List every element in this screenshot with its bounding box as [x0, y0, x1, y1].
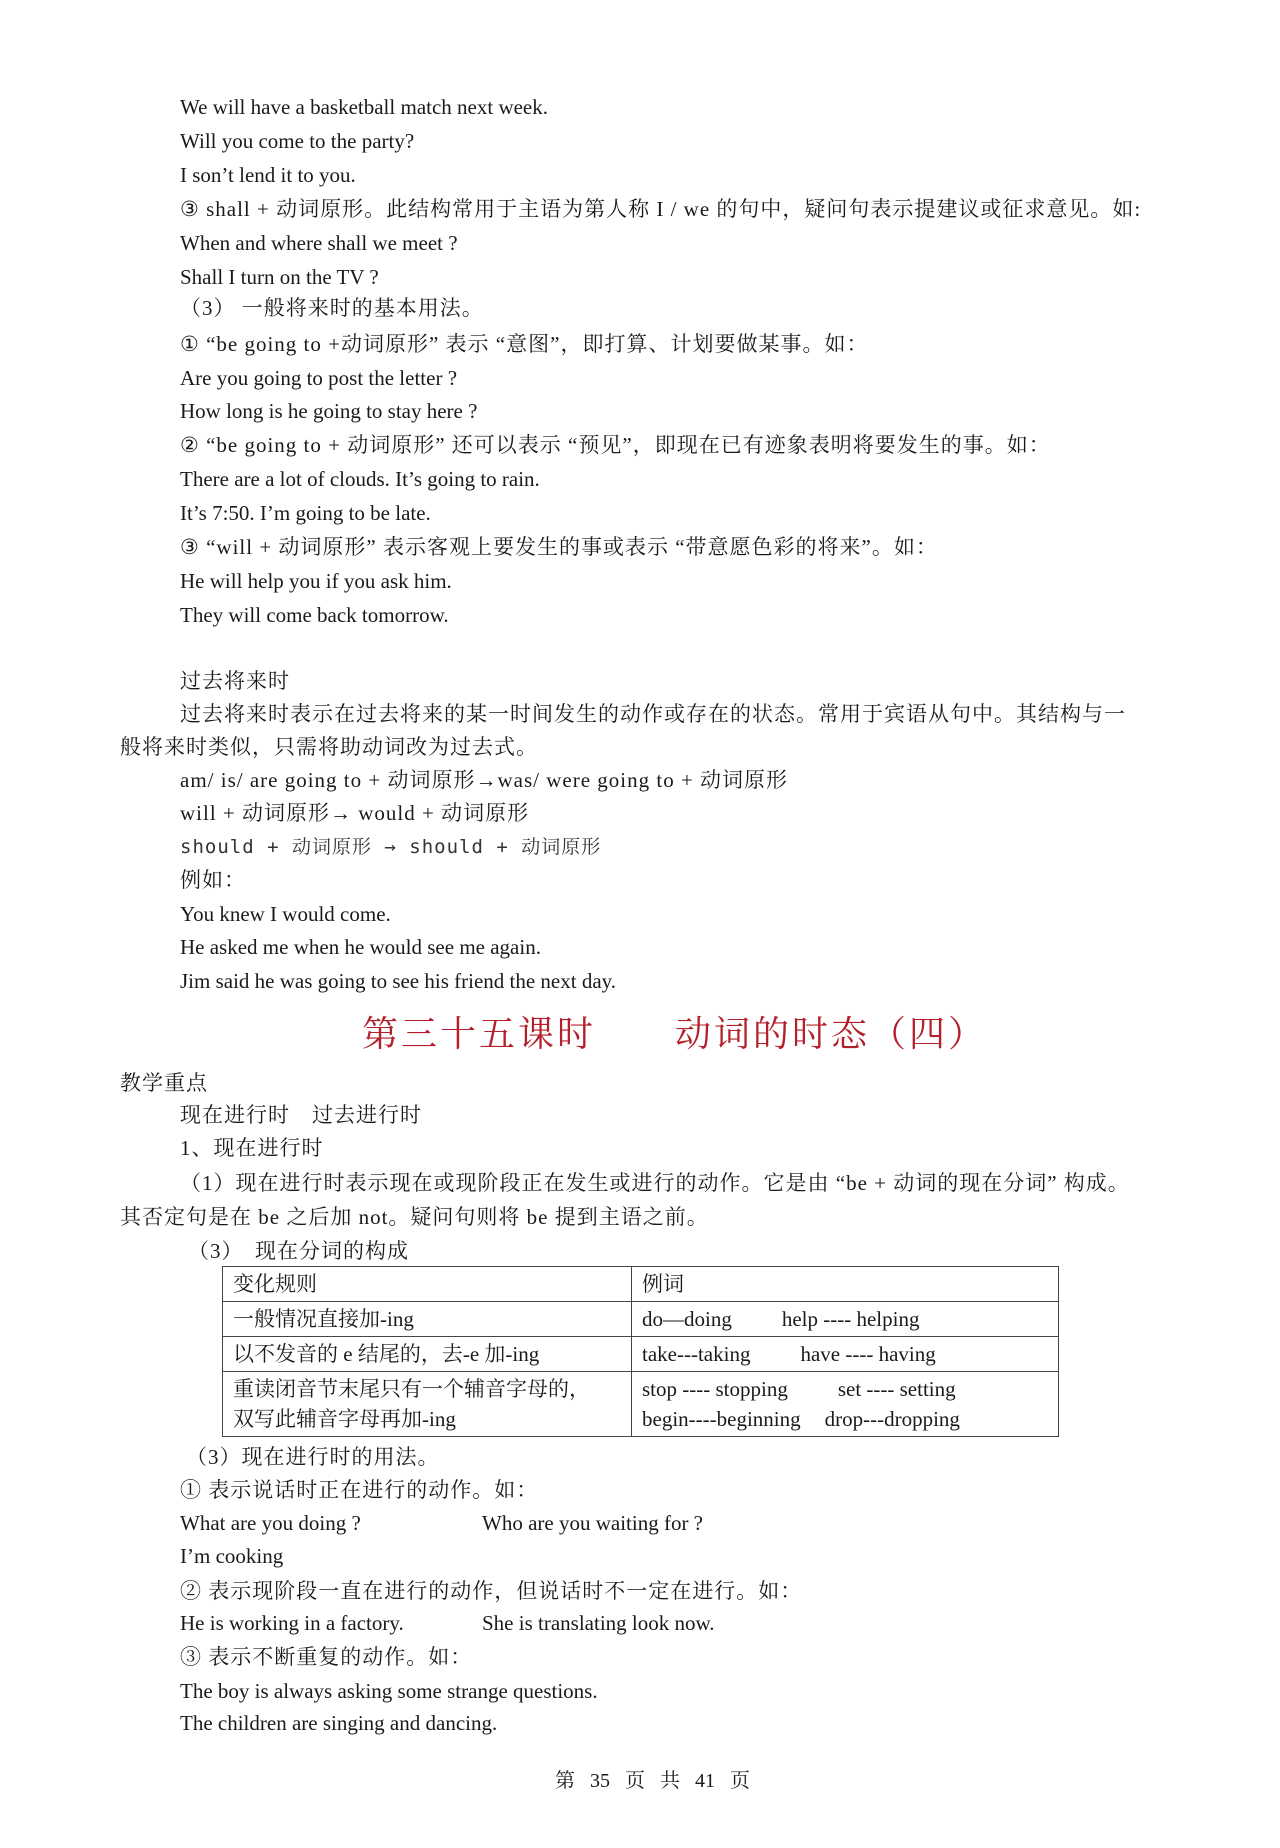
- rule-text: ② “be going to + 动词原形” 还可以表示 “预见”，即现在已有迹…: [180, 431, 1051, 459]
- rule-text: ① 表示说话时正在进行的动作。如：: [180, 1476, 538, 1504]
- section-heading: （3） 现在分词的构成: [188, 1237, 409, 1265]
- example-sentence: When and where shall we meet ?: [180, 229, 458, 257]
- example-word: set ---- setting: [838, 1377, 956, 1401]
- lesson-title-number: 第三十五课时: [362, 1013, 596, 1057]
- example-sentence: We will have a basketball match next wee…: [180, 93, 548, 121]
- section-heading: 过去将来时: [180, 667, 290, 695]
- example-sentence: Shall I turn on the TV ?: [180, 263, 379, 291]
- focus-label: 教学重点: [120, 1069, 208, 1097]
- table-row: 重读闭音节末尾只有一个辅音字母的，双写此辅音字母再加-ing stop ----…: [223, 1372, 1059, 1437]
- example-sentence: They will come back tomorrow.: [180, 601, 449, 629]
- rule-text: ③ “will + 动词原形” 表示客观上要发生的事或表示 “带意愿色彩的将来”…: [180, 533, 938, 561]
- table-cell-rule: 重读闭音节末尾只有一个辅音字母的，双写此辅音字母再加-ing: [223, 1372, 632, 1437]
- table-row: 以不发音的 e 结尾的，去-e 加-ing take---takinghave …: [223, 1337, 1059, 1372]
- example-sentence: The children are singing and dancing.: [180, 1709, 497, 1737]
- example-sentence: He asked me when he would see me again.: [180, 933, 541, 961]
- example-word: drop---dropping: [825, 1407, 960, 1431]
- example-word: stop ---- stopping: [642, 1377, 788, 1401]
- example-sentence: He will help you if you ask him.: [180, 567, 452, 595]
- paragraph-line: 其否定句是在 be 之后加 not。疑问句则将 be 提到主语之前。: [120, 1203, 709, 1231]
- table-header: 例词: [632, 1267, 1059, 1302]
- example-sentence: There are a lot of clouds. It’s going to…: [180, 465, 540, 493]
- example-word: help ---- helping: [782, 1307, 920, 1331]
- example-sentence: What are you doing ?: [180, 1509, 361, 1537]
- table-cell-example: stop ---- stoppingset ---- setting begin…: [632, 1372, 1059, 1437]
- example-sentence: I son’t lend it to you.: [180, 161, 356, 189]
- example-sentence: How long is he going to stay here ?: [180, 397, 477, 425]
- example-sentence: She is translating look now.: [482, 1609, 715, 1637]
- rule-text: ① “be going to +动词原形” 表示 “意图”，即打算、计划要做某事…: [180, 330, 868, 358]
- example-sentence: Will you come to the party?: [180, 127, 414, 155]
- example-label: 例如：: [180, 866, 246, 894]
- participle-rules-table: 变化规则 例词 一般情况直接加-ing do—doinghelp ---- he…: [222, 1266, 1059, 1437]
- rule-line: 双写此辅音字母再加-ing: [233, 1404, 621, 1434]
- paragraph-line: 过去将来时表示在过去将来的某一时间发生的动作或存在的状态。常用于宾语从句中。其结…: [180, 700, 1126, 728]
- table-header-row: 变化规则 例词: [223, 1267, 1059, 1302]
- rule-text: ③ 表示不断重复的动作。如：: [180, 1643, 472, 1671]
- example-sentence: Are you going to post the letter ?: [180, 364, 457, 392]
- table-cell-example: take---takinghave ---- having: [632, 1337, 1059, 1372]
- rule-line: 重读闭音节末尾只有一个辅音字母的，: [233, 1374, 621, 1404]
- example-sentence: You knew I would come.: [180, 900, 391, 928]
- table-header: 变化规则: [223, 1267, 632, 1302]
- table-row: 一般情况直接加-ing do—doinghelp ---- helping: [223, 1302, 1059, 1337]
- example-word: take---taking: [642, 1342, 750, 1366]
- paragraph-line: （1）现在进行时表示现在或现阶段正在发生或进行的动作。它是由 “be + 动词的…: [180, 1169, 1130, 1197]
- example-word: begin----beginning: [642, 1407, 801, 1431]
- example-sentence: He is working in a factory.: [180, 1609, 404, 1637]
- example-sentence: The boy is always asking some strange qu…: [180, 1677, 598, 1705]
- table-cell-example: do—doinghelp ---- helping: [632, 1302, 1059, 1337]
- section-heading: （3） 一般将来时的基本用法。: [180, 294, 484, 322]
- example-sentence: Jim said he was going to see his friend …: [180, 967, 616, 995]
- rule-text: will + 动词原形→ would + 动词原形: [180, 799, 529, 827]
- table-cell-rule: 一般情况直接加-ing: [223, 1302, 632, 1337]
- rule-text: ③ shall + 动词原形。此结构常用于主语为第人称 I / we 的句中，疑…: [180, 195, 1141, 223]
- rule-text: ② 表示现阶段一直在进行的动作，但说话时不一定在进行。如：: [180, 1577, 802, 1605]
- rule-text: should + 动词原形 → should + 动词原形: [180, 833, 601, 861]
- page-number: 第 35 页 共 41 页: [555, 1764, 750, 1793]
- focus-items: 现在进行时 过去进行时: [180, 1101, 422, 1129]
- example-word: do—doing: [642, 1307, 732, 1331]
- section-heading: （3）现在进行时的用法。: [186, 1443, 440, 1471]
- table-cell-rule: 以不发音的 e 结尾的，去-e 加-ing: [223, 1337, 632, 1372]
- section-heading: 1、现在进行时: [180, 1134, 324, 1162]
- example-word: have ---- having: [800, 1342, 935, 1366]
- example-sentence: Who are you waiting for ?: [482, 1509, 703, 1537]
- example-sentence: I’m cooking: [180, 1542, 283, 1570]
- lesson-title-topic: 动词的时态（四）: [675, 1013, 987, 1057]
- example-sentence: It’s 7:50. I’m going to be late.: [180, 499, 431, 527]
- paragraph-line: 般将来时类似，只需将助动词改为过去式。: [120, 733, 538, 761]
- rule-text: am/ is/ are going to + 动词原形→was/ were go…: [180, 766, 788, 794]
